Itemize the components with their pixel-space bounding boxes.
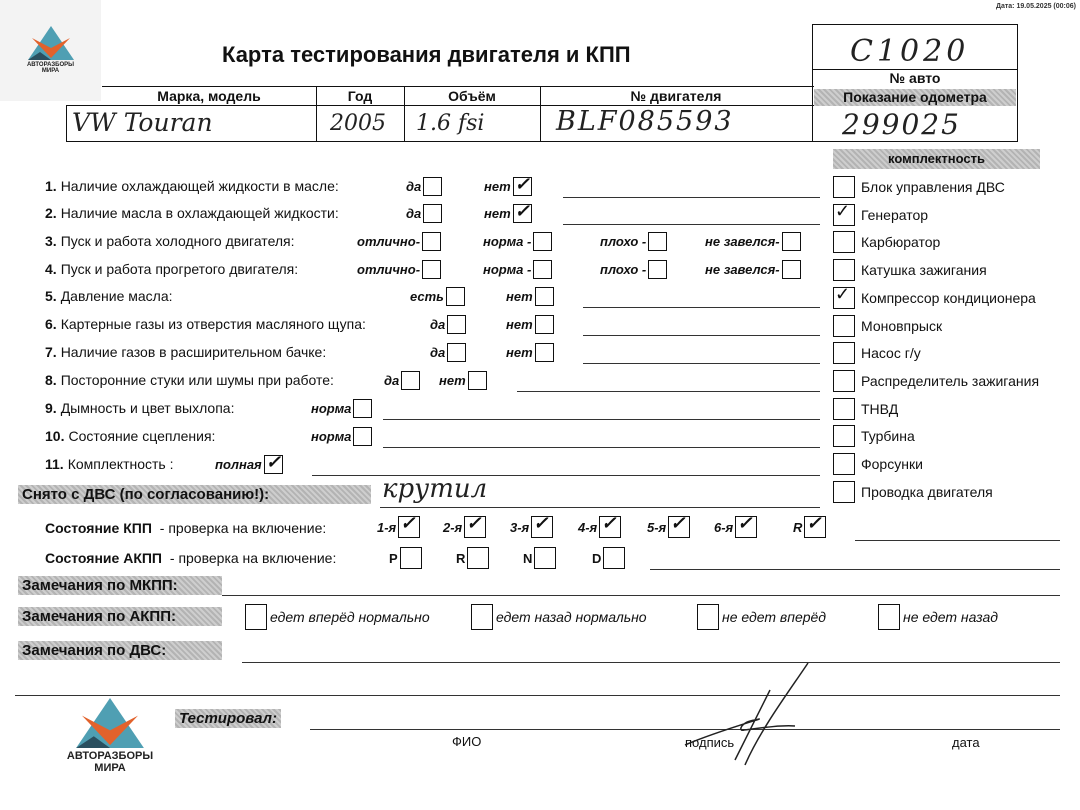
question-number: 2. xyxy=(45,205,57,221)
completeness-item-label: Распределитель зажигания xyxy=(861,373,1039,389)
option-label: есть xyxy=(410,289,444,304)
completeness-item-label: Генератор xyxy=(861,207,928,223)
option-label: плохо - xyxy=(600,234,646,249)
remark-akpp-label: Замечания по АКПП: xyxy=(18,607,222,626)
option-label: да xyxy=(430,345,445,360)
question-text: Наличие охлаждающей жидкости в масле: xyxy=(61,178,339,194)
mode-label: P xyxy=(389,551,398,566)
kpp-gear[interactable]: 5-я xyxy=(647,516,690,538)
completeness-item-label: Турбина xyxy=(861,428,915,444)
checkbox[interactable] xyxy=(533,260,552,279)
brand-line2: МИРА xyxy=(67,763,153,775)
question-text: Наличие газов в расширительном бачке: xyxy=(61,344,327,360)
question-2: 2.Наличие масла в охлаждающей жидкости: xyxy=(45,205,339,221)
question-text: Пуск и работа холодного двигателя: xyxy=(61,233,295,249)
question-6: 6.Картерные газы из отверстия масляного … xyxy=(45,316,366,332)
kpp-gear[interactable]: R xyxy=(793,516,826,538)
checkbox[interactable] xyxy=(467,547,489,569)
checkbox[interactable] xyxy=(446,287,465,306)
question-1: 1.Наличие охлаждающей жидкости в масле: xyxy=(45,178,339,194)
checkbox[interactable] xyxy=(603,547,625,569)
question-4-option[interactable]: отлично- xyxy=(357,260,441,279)
akpp-remark-option[interactable]: едет назад нормально xyxy=(469,604,647,630)
question-5: 5.Давление масла: xyxy=(45,288,173,304)
question-text: Картерные газы из отверстия масляного щу… xyxy=(61,316,366,332)
option-label: отлично- xyxy=(357,262,420,277)
checkbox[interactable] xyxy=(422,232,441,251)
question-text: Пуск и работа прогретого двигателя: xyxy=(61,261,298,277)
completeness-item-label: Моновпрыск xyxy=(861,318,942,334)
option-label: полная xyxy=(215,457,262,472)
checkbox[interactable] xyxy=(353,399,372,418)
checkbox[interactable] xyxy=(833,425,855,447)
year-value: 2005 xyxy=(330,111,386,136)
checkbox[interactable] xyxy=(447,343,466,362)
checkbox[interactable] xyxy=(468,371,487,390)
question-number: 7. xyxy=(45,344,57,360)
question-1-option[interactable]: да xyxy=(406,177,442,196)
mode-label: N xyxy=(523,551,532,566)
checkbox[interactable] xyxy=(531,516,553,538)
question-3-option[interactable]: плохо - xyxy=(600,232,667,251)
akpp-mode[interactable]: P xyxy=(389,547,422,569)
col-engine-number: № двигателя xyxy=(540,88,812,104)
checkbox[interactable] xyxy=(401,371,420,390)
question-3-option[interactable]: отлично- xyxy=(357,232,441,251)
logo-mark-icon xyxy=(62,695,158,751)
odometer-label: Показание одометра xyxy=(814,89,1016,106)
engine-number-value: BLF085593 xyxy=(556,106,734,137)
question-number: 8. xyxy=(45,372,57,388)
question-5-option[interactable]: есть xyxy=(410,287,465,306)
kpp-gear[interactable]: 4-я xyxy=(578,516,621,538)
checkbox[interactable] xyxy=(735,516,757,538)
completeness-item[interactable]: Проводка двигателя xyxy=(833,481,993,503)
question-number: 6. xyxy=(45,316,57,332)
question-number: 5. xyxy=(45,288,57,304)
checkbox[interactable] xyxy=(513,204,532,223)
option-label: нет xyxy=(484,206,511,221)
checkbox[interactable] xyxy=(833,231,855,253)
checkbox[interactable] xyxy=(878,604,900,630)
brand-logo-top: АВТОРАЗБОРЫ МИРА xyxy=(0,0,101,101)
checkbox[interactable] xyxy=(353,427,372,446)
logo-mark-icon xyxy=(26,24,76,62)
question-number: 3. xyxy=(45,233,57,249)
question-4-option[interactable]: норма - xyxy=(483,260,552,279)
checkbox[interactable] xyxy=(471,604,493,630)
completeness-header: комплектность xyxy=(833,149,1040,169)
checkbox[interactable] xyxy=(833,259,855,281)
page-title: Карта тестирования двигателя и КПП xyxy=(222,42,631,68)
question-6-option[interactable]: да xyxy=(430,315,466,334)
checkbox[interactable] xyxy=(535,315,554,334)
mode-label: D xyxy=(592,551,601,566)
checkbox[interactable] xyxy=(245,604,267,630)
option-label: не едет вперёд xyxy=(722,609,826,625)
question-text: Давление масла: xyxy=(61,288,173,304)
car-number-label: № авто xyxy=(812,70,1018,86)
option-label: норма - xyxy=(483,234,531,249)
date-label: дата xyxy=(952,735,980,750)
option-label: не завелся- xyxy=(705,234,780,249)
question-3: 3.Пуск и работа холодного двигателя: xyxy=(45,233,295,249)
checkbox[interactable] xyxy=(447,315,466,334)
completeness-item[interactable]: Блок управления ДВС xyxy=(833,176,1005,198)
checkbox[interactable] xyxy=(534,547,556,569)
question-3-option[interactable]: не завелся- xyxy=(705,232,801,251)
checkbox[interactable] xyxy=(533,232,552,251)
checkbox[interactable] xyxy=(668,516,690,538)
kpp-label: Состояние КПП - проверка на включение: xyxy=(45,520,326,536)
checkbox[interactable] xyxy=(697,604,719,630)
gear-label: 1-я xyxy=(377,520,396,535)
gear-label: 2-я xyxy=(443,520,462,535)
tested-by-label: Тестировал: xyxy=(175,709,281,728)
akpp-remark-option[interactable]: едет вперёд нормально xyxy=(243,604,430,630)
volume-value: 1.6 fsi xyxy=(416,111,484,136)
question-11-option[interactable]: полная xyxy=(215,455,283,474)
kpp-gear[interactable]: 3-я xyxy=(510,516,553,538)
question-text: Наличие масла в охлаждающей жидкости: xyxy=(61,205,339,221)
question-number: 10. xyxy=(45,428,64,444)
question-3-option[interactable]: норма - xyxy=(483,232,552,251)
completeness-item-label: Проводка двигателя xyxy=(861,484,993,500)
completeness-item-label: Насос г/у xyxy=(861,345,921,361)
option-label: нет xyxy=(484,179,511,194)
checkbox[interactable] xyxy=(782,260,801,279)
option-label: плохо - xyxy=(600,262,646,277)
option-label: нет xyxy=(506,317,533,332)
completeness-item[interactable]: Катушка зажигания xyxy=(833,259,987,281)
question-number: 9. xyxy=(45,400,57,416)
removed-label: Снято с ДВС (по согласованию!): xyxy=(18,485,371,504)
question-2-option[interactable]: нет xyxy=(484,204,532,223)
checkbox[interactable] xyxy=(833,453,855,475)
akpp-mode[interactable]: D xyxy=(592,547,625,569)
akpp-remark-option[interactable]: не едет вперёд xyxy=(695,604,826,630)
checkbox[interactable] xyxy=(423,177,442,196)
completeness-item[interactable]: Моновпрыск xyxy=(833,315,942,337)
question-number: 11. xyxy=(45,456,64,472)
checkbox[interactable] xyxy=(833,342,855,364)
question-7: 7.Наличие газов в расширительном бачке: xyxy=(45,344,326,360)
odometer-value: 299025 xyxy=(842,108,961,141)
question-11: 11.Комплектность : xyxy=(45,456,174,472)
checkbox[interactable] xyxy=(264,455,283,474)
checkbox[interactable] xyxy=(398,516,420,538)
option-label: нет xyxy=(506,289,533,304)
checkbox[interactable] xyxy=(833,176,855,198)
checkbox[interactable] xyxy=(423,204,442,223)
question-4-option[interactable]: не завелся- xyxy=(705,260,801,279)
option-label: да xyxy=(384,373,399,388)
removed-value: крутил xyxy=(382,474,487,504)
kpp-gear[interactable]: 2-я xyxy=(443,516,486,538)
completeness-item[interactable]: Генератор xyxy=(833,204,928,226)
checkbox[interactable] xyxy=(464,516,486,538)
option-label: отлично- xyxy=(357,234,420,249)
question-text: Посторонние стуки или шумы при работе: xyxy=(61,372,334,388)
checkbox[interactable] xyxy=(804,516,826,538)
option-label: едет назад нормально xyxy=(496,609,647,625)
checkbox[interactable] xyxy=(599,516,621,538)
option-label: не завелся- xyxy=(705,262,780,277)
question-4-option[interactable]: плохо - xyxy=(600,260,667,279)
mode-label: R xyxy=(456,551,465,566)
completeness-item-label: Блок управления ДВС xyxy=(861,179,1005,195)
checkbox[interactable] xyxy=(535,343,554,362)
date-stamp: Дата: 19.05.2025 (00:06) xyxy=(996,3,1076,10)
completeness-item-label: Карбюратор xyxy=(861,234,940,250)
question-7-option[interactable]: да xyxy=(430,343,466,362)
checkbox[interactable] xyxy=(513,177,532,196)
option-label: нет xyxy=(506,345,533,360)
checkbox[interactable] xyxy=(782,232,801,251)
brand-logo-bottom: АВТОРАЗБОРЫ МИРА xyxy=(50,695,170,774)
option-label: нет xyxy=(439,373,466,388)
question-text: Состояние сцепления: xyxy=(68,428,215,444)
completeness-item[interactable]: Карбюратор xyxy=(833,231,940,253)
akpp-mode[interactable]: R xyxy=(456,547,489,569)
question-9-option[interactable]: норма xyxy=(311,399,372,418)
completeness-item[interactable]: Форсунки xyxy=(833,453,923,475)
question-text: Дымность и цвет выхлопа: xyxy=(61,400,235,416)
question-8-option[interactable]: да xyxy=(384,371,420,390)
remark-dvs-label: Замечания по ДВС: xyxy=(18,641,222,660)
completeness-item[interactable]: Компрессор кондиционера xyxy=(833,287,1036,309)
checkbox[interactable] xyxy=(833,204,855,226)
option-label: не едет назад xyxy=(903,609,998,625)
checkbox[interactable] xyxy=(422,260,441,279)
question-9: 9.Дымность и цвет выхлопа: xyxy=(45,400,234,416)
akpp-remark-option[interactable]: не едет назад xyxy=(876,604,998,630)
question-number: 1. xyxy=(45,178,57,194)
checkbox[interactable] xyxy=(833,315,855,337)
remark-mkpp-label: Замечания по МКПП: xyxy=(18,576,222,595)
question-5-option[interactable]: нет xyxy=(506,287,554,306)
brand-line2: МИРА xyxy=(27,68,74,74)
question-10: 10.Состояние сцепления: xyxy=(45,428,215,444)
kpp-gear[interactable]: 1-я xyxy=(377,516,420,538)
akpp-mode[interactable]: N xyxy=(523,547,556,569)
option-label: да xyxy=(430,317,445,332)
question-8: 8.Посторонние стуки или шумы при работе: xyxy=(45,372,334,388)
gear-label: R xyxy=(793,520,802,535)
completeness-item[interactable]: Турбина xyxy=(833,425,915,447)
completeness-item-label: Форсунки xyxy=(861,456,923,472)
checkbox[interactable] xyxy=(648,260,667,279)
checkbox[interactable] xyxy=(833,481,855,503)
car-number-value: C1020 xyxy=(850,34,969,69)
question-7-option[interactable]: нет xyxy=(506,343,554,362)
question-number: 4. xyxy=(45,261,57,277)
completeness-item[interactable]: ТНВД xyxy=(833,398,898,420)
question-10-option[interactable]: норма xyxy=(311,427,372,446)
col-volume: Объём xyxy=(404,88,540,104)
checkbox[interactable] xyxy=(833,370,855,392)
completeness-item[interactable]: Распределитель зажигания xyxy=(833,370,1039,392)
checkbox[interactable] xyxy=(833,287,855,309)
checkbox[interactable] xyxy=(833,398,855,420)
gear-label: 4-я xyxy=(578,520,597,535)
checkbox[interactable] xyxy=(400,547,422,569)
option-label: да xyxy=(406,179,421,194)
question-4: 4.Пуск и работа прогретого двигателя: xyxy=(45,261,298,277)
completeness-item-label: ТНВД xyxy=(861,401,898,417)
col-model: Марка, модель xyxy=(102,88,316,104)
col-year: Год xyxy=(316,88,404,104)
question-6-option[interactable]: нет xyxy=(506,315,554,334)
gear-label: 6-я xyxy=(714,520,733,535)
question-text: Комплектность : xyxy=(68,456,174,472)
question-2-option[interactable]: да xyxy=(406,204,442,223)
option-label: норма - xyxy=(483,262,531,277)
option-label: едет вперёд нормально xyxy=(270,609,430,625)
completeness-item-label: Компрессор кондиционера xyxy=(861,290,1036,306)
option-label: норма xyxy=(311,401,351,416)
gear-label: 5-я xyxy=(647,520,666,535)
model-value: VW Touran xyxy=(72,108,213,137)
question-1-option[interactable]: нет xyxy=(484,177,532,196)
checkbox[interactable] xyxy=(648,232,667,251)
option-label: норма xyxy=(311,429,351,444)
signature-scribble-icon xyxy=(680,660,810,770)
kpp-gear[interactable]: 6-я xyxy=(714,516,757,538)
completeness-item-label: Катушка зажигания xyxy=(861,262,987,278)
completeness-item[interactable]: Насос г/у xyxy=(833,342,921,364)
option-label: да xyxy=(406,206,421,221)
akpp-label: Состояние АКПП - проверка на включение: xyxy=(45,550,336,566)
fio-label: ФИО xyxy=(452,734,481,749)
gear-label: 3-я xyxy=(510,520,529,535)
brand-line1: АВТОРАЗБОРЫ xyxy=(67,751,153,763)
brand-name: АВТОРАЗБОРЫ МИРА xyxy=(27,62,74,75)
checkbox[interactable] xyxy=(535,287,554,306)
question-8-option[interactable]: нет xyxy=(439,371,487,390)
